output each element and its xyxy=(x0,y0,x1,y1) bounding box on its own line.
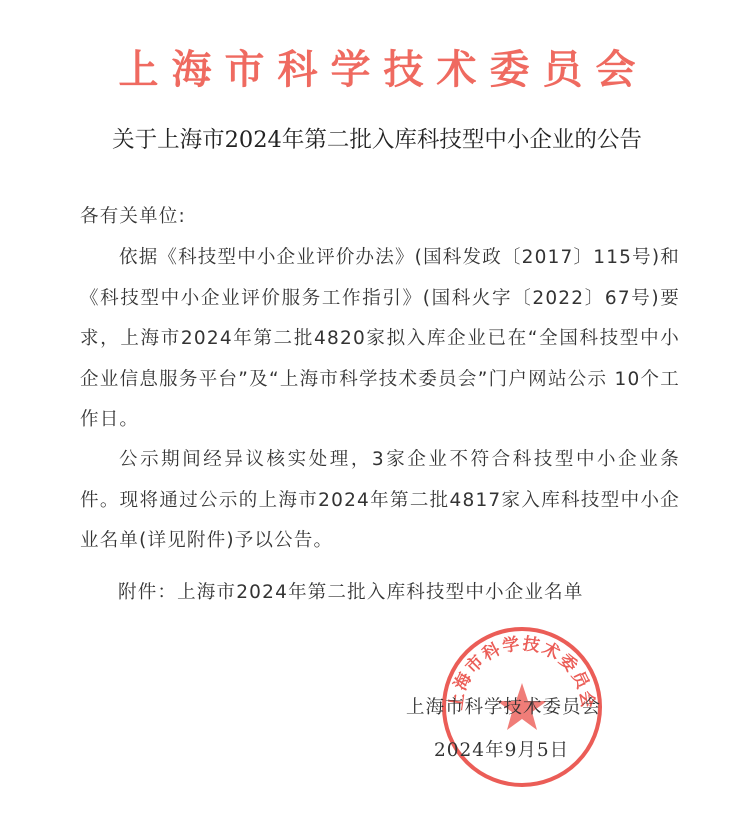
issuing-organization-header: 上海市科学技术委员会 xyxy=(0,38,754,95)
attachment-note: 附件：上海市2024年第二批入库科技型中小企业名单 xyxy=(118,578,584,604)
signature-date: 2024年9月5日 xyxy=(434,736,569,762)
document-title: 关于上海市2024年第二批入库科技型中小企业的公告 xyxy=(0,122,754,154)
signature-organization: 上海市科学技术委员会 xyxy=(406,693,601,719)
body-paragraph-2: 公示期间经异议核实处理，3家企业不符合科技型中小企业条件。现将通过公示的上海市2… xyxy=(80,440,680,562)
salutation: 各有关单位: xyxy=(80,197,680,238)
body-paragraph-1: 依据《科技型中小企业评价办法》(国科发政〔2017〕115号)和《科技型中小企业… xyxy=(80,238,680,441)
